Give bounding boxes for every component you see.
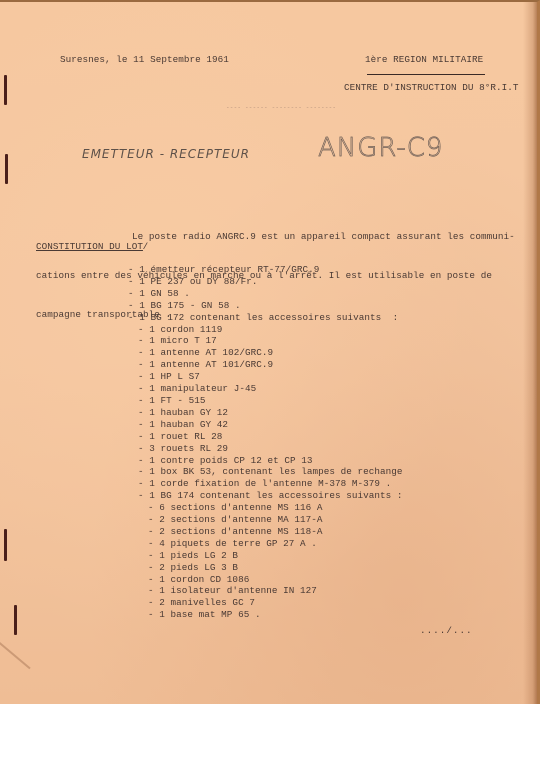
list-item: - 4 piquets de terre GP 27 A .: [128, 538, 403, 550]
continuation-mark: ..../...: [420, 625, 473, 636]
list-item: - 1 FT - 515: [128, 395, 403, 407]
staple: [4, 529, 7, 561]
equipment-list: - 1 émetteur récepteur RT-77/GRC.9- 1 PE…: [128, 264, 403, 621]
section-mark: /: [137, 241, 148, 252]
list-item: - 1 BG 172 contenant les accessoires sui…: [128, 312, 403, 324]
list-item: - 1 cordon 1119: [128, 324, 403, 336]
list-item: - 1 HP L S7: [128, 371, 403, 383]
list-item: - 1 antenne AT 102/GRC.9: [128, 347, 403, 359]
staple: [4, 75, 7, 105]
list-item: - 2 manivelles GC 7: [128, 597, 403, 609]
title-handwritten: EMETTEUR - RECEPTEUR: [82, 147, 250, 161]
list-item: - 1 isolateur d'antenne IN 127: [128, 585, 403, 597]
page-edge-shadow: [523, 2, 537, 704]
list-item: - 1 émetteur récepteur RT-77/GRC.9: [128, 264, 403, 276]
list-item: - 2 sections d'antenne MS 118-A: [128, 526, 403, 538]
list-item: - 1 GN 58 .: [128, 288, 403, 300]
intro-text-1: Le poste radio ANGRC.9 est un appareil c…: [132, 231, 515, 242]
list-item: - 1 box BK 53, contenant les lampes de r…: [128, 466, 403, 478]
list-item: - 1 hauban GY 42: [128, 419, 403, 431]
list-item: - 1 cordon CD 1086: [128, 574, 403, 586]
list-item: - 1 BG 175 - GN 58 .: [128, 300, 403, 312]
list-item: - 1 manipulateur J-45: [128, 383, 403, 395]
list-item: - 1 PE 237 ou DY 88/Fr.: [128, 276, 403, 288]
staple: [14, 605, 17, 635]
list-item: - 1 contre poids CP 12 et CP 13: [128, 455, 403, 467]
list-item: - 1 BG 174 contenant les accessoires sui…: [128, 490, 403, 502]
list-item: - 6 sections d'antenne MS 116 A: [128, 502, 403, 514]
list-item: - 1 micro T 17: [128, 335, 403, 347]
list-item: - 1 base mat MP 65 .: [128, 609, 403, 621]
list-item: - 1 corde fixation de l'antenne M-378 M-…: [128, 478, 403, 490]
region-heading: 1ère REGION MILITAIRE: [365, 54, 483, 65]
list-item: - 1 antenne AT 101/GRC.9: [128, 359, 403, 371]
faint-typed-line: ---- ------ -------- --------: [226, 104, 336, 111]
list-item: - 2 sections d'antenne MA 117-A: [128, 514, 403, 526]
list-item: - 1 pieds LG 2 B: [128, 550, 403, 562]
centre-heading: CENTRE D'INSTRUCTION DU 8°R.I.T: [344, 82, 519, 93]
list-item: - 2 pieds LG 3 B: [128, 562, 403, 574]
section-title: CONSTITUTION DU LOT: [36, 241, 143, 252]
list-item: - 1 rouet RL 28: [128, 431, 403, 443]
list-item: - 3 rouets RL 29: [128, 443, 403, 455]
place-date: Suresnes, le 11 Septembre 1961: [60, 54, 229, 65]
document-page: Suresnes, le 11 Septembre 1961 1ère REGI…: [0, 0, 540, 704]
section-title-text: CONSTITUTION DU LOT: [36, 241, 143, 252]
list-item: - 1 hauban GY 12: [128, 407, 403, 419]
page-crease: [0, 642, 31, 669]
header-divider: [367, 74, 485, 75]
staple: [5, 154, 8, 184]
title-model: ANGR-C9: [318, 133, 443, 163]
